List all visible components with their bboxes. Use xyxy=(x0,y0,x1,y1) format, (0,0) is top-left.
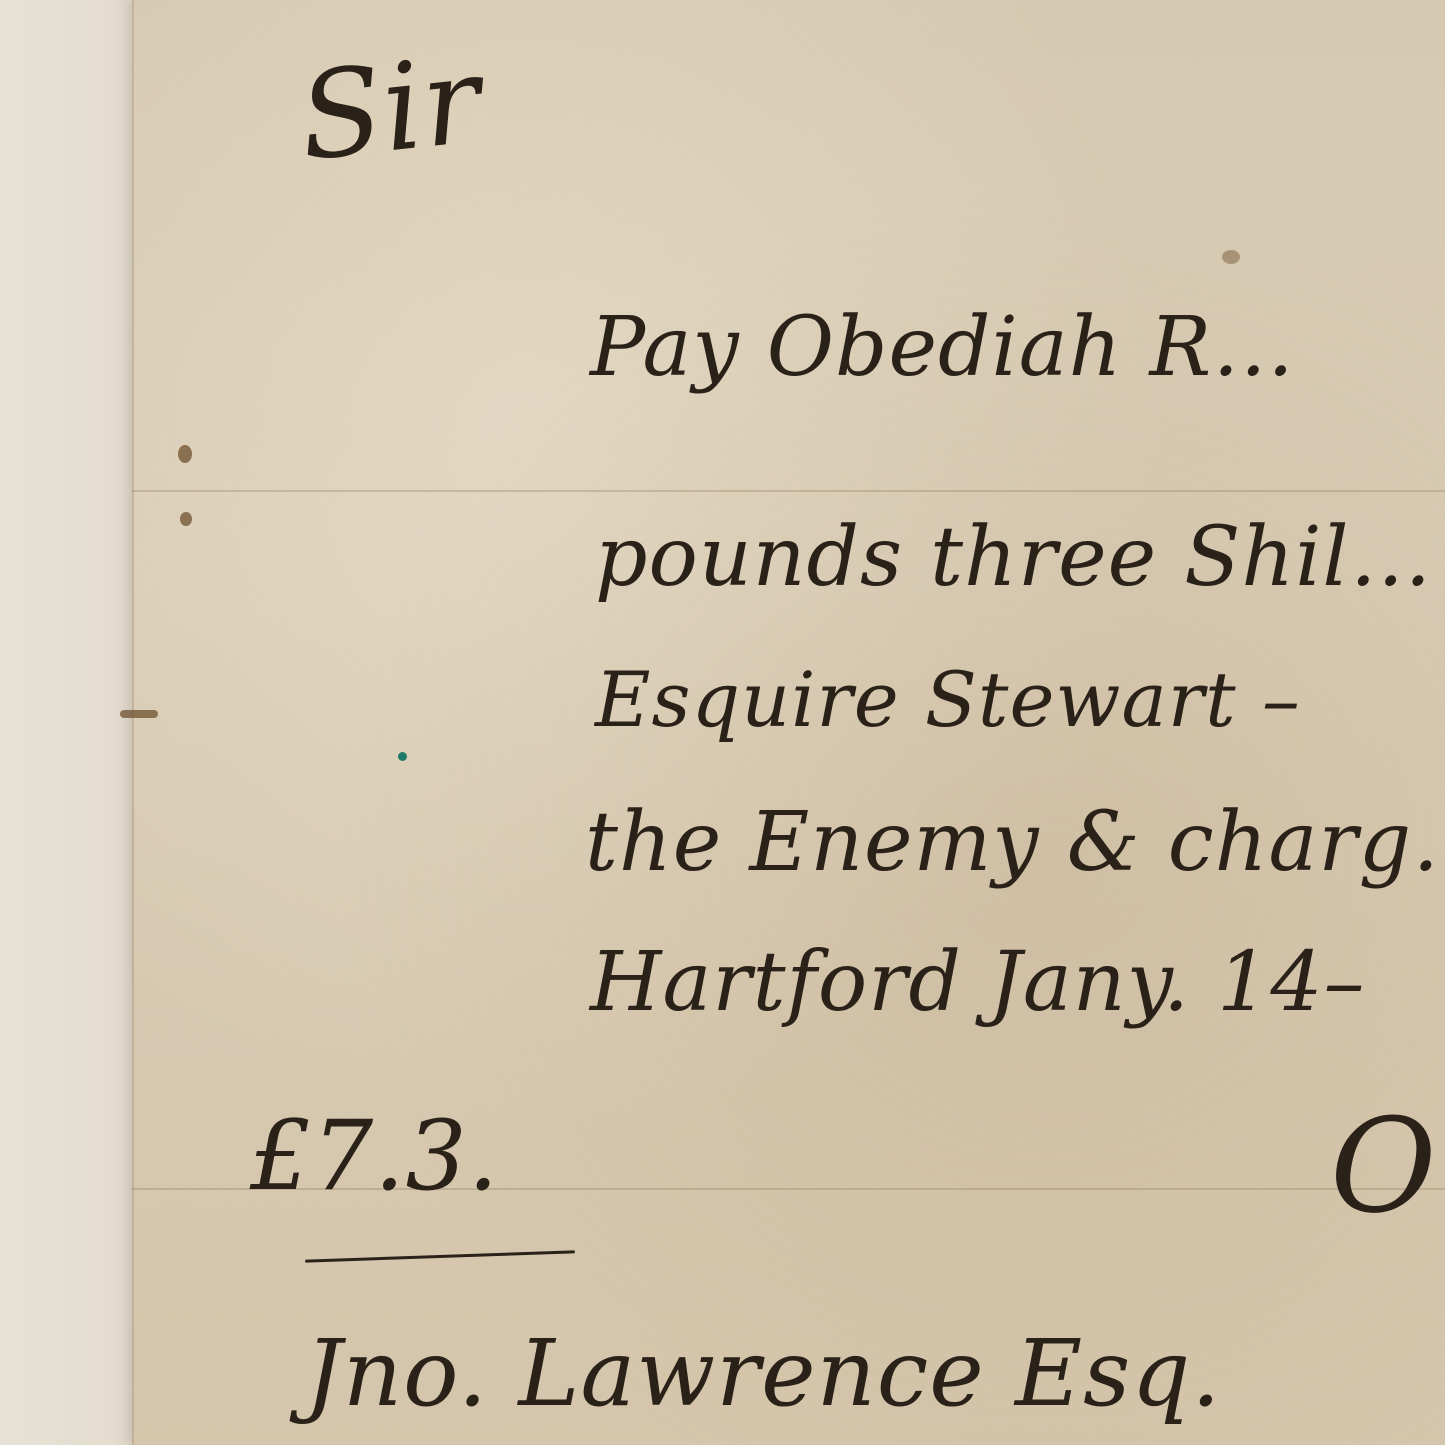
amount: £7.3. xyxy=(250,1100,499,1212)
body-line-1: Pay Obediah R… xyxy=(590,300,1295,395)
addressee: Jno. Lawrence Esq. xyxy=(305,1320,1221,1427)
body-line-2: pounds three Shil… xyxy=(595,510,1433,605)
foxing-spot xyxy=(178,445,192,463)
signature: O… xyxy=(1330,1090,1445,1242)
foxing-spot xyxy=(180,512,192,526)
foxing-spot xyxy=(120,710,158,718)
ink-blot xyxy=(1222,250,1240,264)
green-ink-spot xyxy=(398,752,407,761)
body-line-3: Esquire Stewart – xyxy=(595,655,1301,744)
mounting-mat xyxy=(0,0,140,1445)
salutation: Sir xyxy=(293,31,487,188)
body-line-4: the Enemy & charg… xyxy=(585,795,1445,890)
date-line: Hartford Jany. 14– xyxy=(590,935,1366,1030)
fold-line-upper xyxy=(132,490,1445,492)
